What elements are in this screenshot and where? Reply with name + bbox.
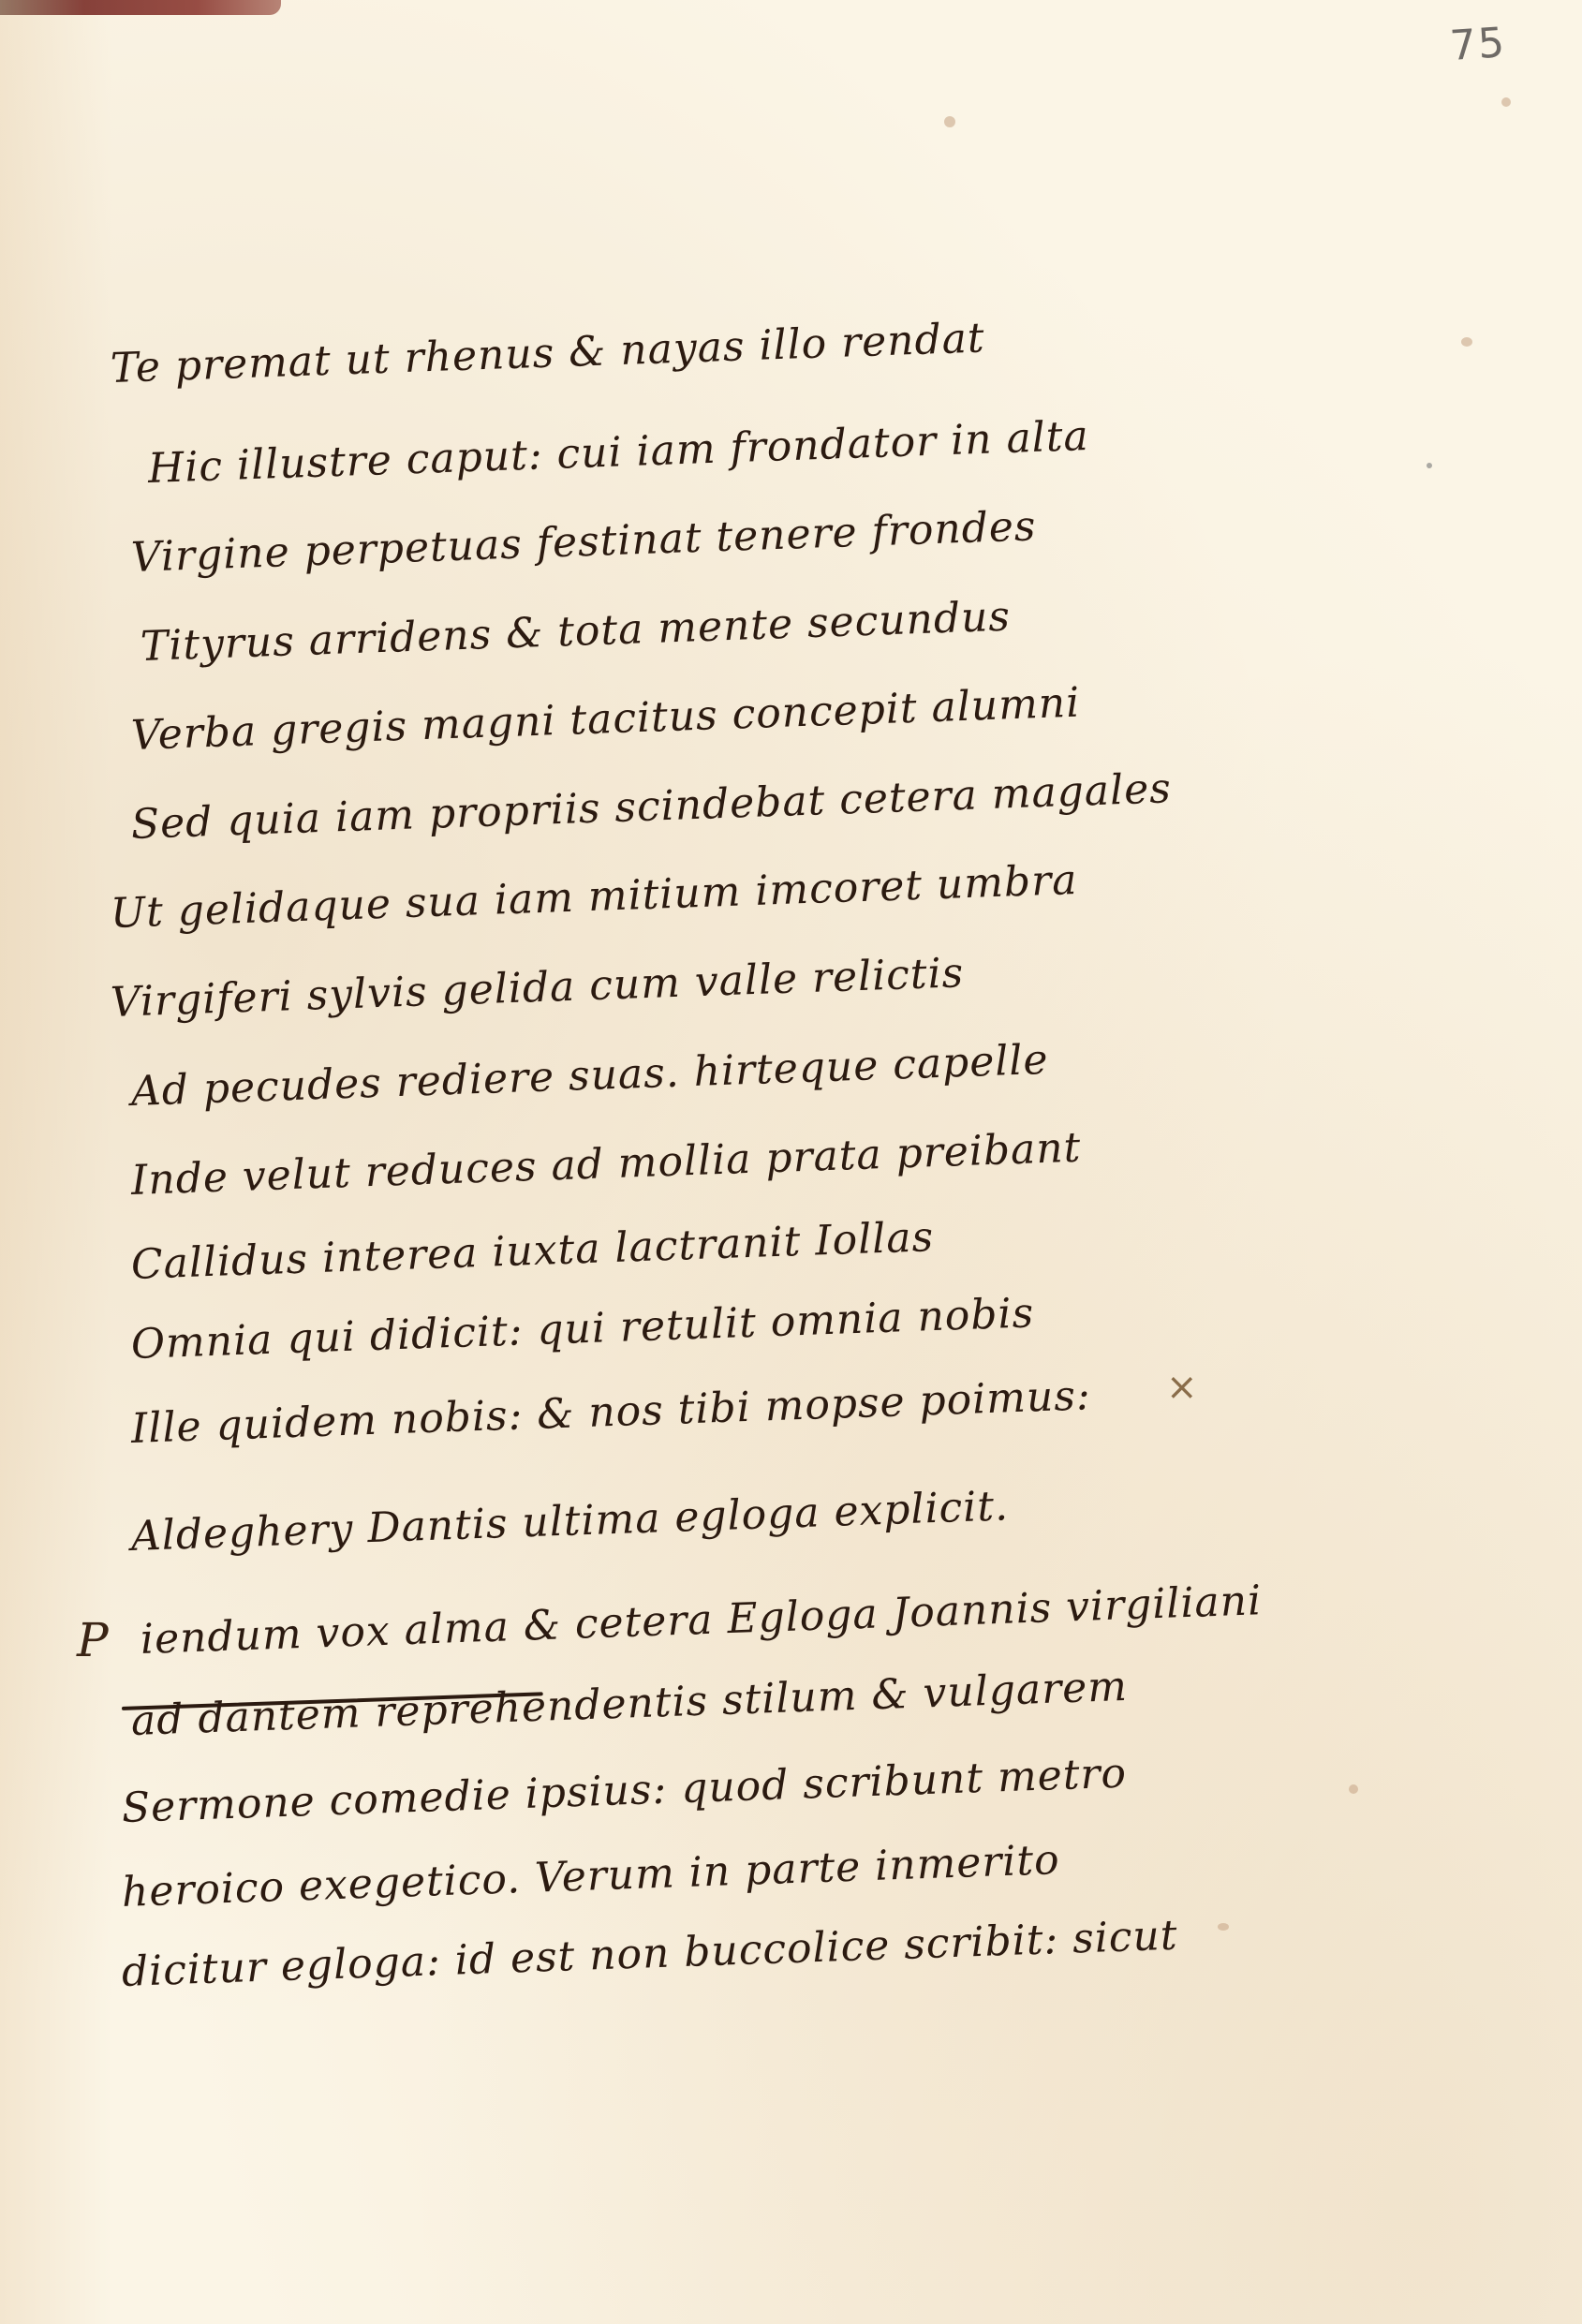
cross-mark-icon: × xyxy=(1166,1366,1198,1409)
rubric-line: heroico exegetico. Verum in parte inmeri… xyxy=(121,1836,1060,1917)
rubric-line: ad dantem reprehendentis stilum & vulgar… xyxy=(130,1663,1129,1745)
rubric-line: iendum vox alma & cetera Egloga Joannis … xyxy=(140,1576,1263,1664)
verse-line: Sed quia iam propriis scindebat cetera m… xyxy=(130,764,1172,849)
verse-line: Virgiferi sylvis gelida cum valle relict… xyxy=(110,949,965,1027)
verse-line: Virgine perpetuas festinat tenere fronde… xyxy=(130,502,1037,582)
rubric-line: Sermone comedie ipsius: quod scribunt me… xyxy=(121,1750,1128,1832)
rubric-initial: P xyxy=(77,1613,110,1667)
folio-number: 75 xyxy=(1448,19,1507,70)
binding-edge xyxy=(0,0,281,15)
verse-line: Ad pecudes rediere suas. hirteque capell… xyxy=(130,1036,1049,1116)
verse-line: Callidus interea iuxta lactranit Iollas xyxy=(130,1213,935,1289)
verse-line: Inde velut reduces ad mollia prata preib… xyxy=(130,1124,1082,1205)
verse-line: Hic illustre caput: cui iam frondator in… xyxy=(147,412,1089,493)
verse-line: Verba gregis magni tacitus concepit alum… xyxy=(130,679,1081,760)
verse-line: Te premat ut rhenus & nayas illo rendat xyxy=(110,314,985,392)
explicit-line: Aldeghery Dantis ultima egloga explicit. xyxy=(130,1482,1010,1561)
verse-line: Ut gelidaque sua iam mitium imcoret umbr… xyxy=(110,856,1078,938)
rubric-line: dicitur egloga: id est non buccolice scr… xyxy=(121,1912,1178,1996)
verse-line: Omnia qui didicit: qui retulit omnia nob… xyxy=(130,1289,1035,1369)
verse-line: Tityrus arridens & tota mente secundus xyxy=(140,593,1012,671)
verse-line: Ille quidem nobis: & nos tibi mopse poim… xyxy=(130,1371,1091,1453)
